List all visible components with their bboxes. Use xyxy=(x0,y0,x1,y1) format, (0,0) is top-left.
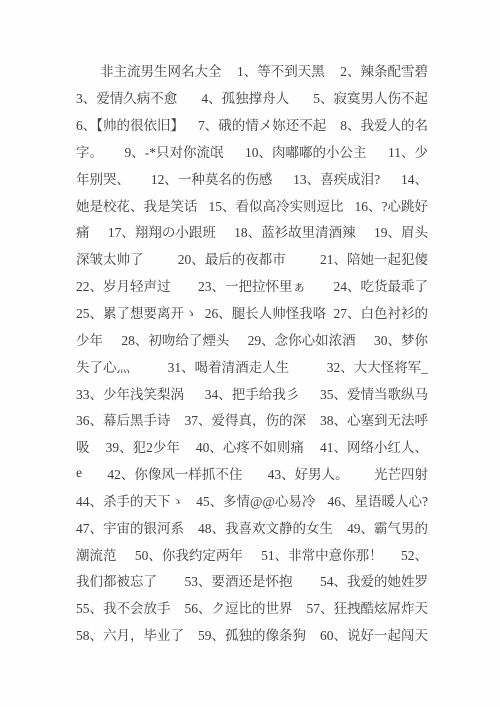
name-segment: 52、 xyxy=(401,544,428,564)
name-segment: 47、宇宙的银河系 xyxy=(76,517,184,537)
name-segment: 39、犯2少年 xyxy=(106,436,180,456)
name-segment: 6、【帅的很依旧】 xyxy=(76,114,184,134)
text-line: 深皱太帅了20、最后的夜都市21、陪她一起犯傻 xyxy=(76,245,428,272)
name-segment: 29、念你心如浓酒 xyxy=(248,329,356,349)
name-segment: 53、要酒还是怀抱 xyxy=(185,570,293,590)
text-line: 3、爱情久病不愈4、孤独撑舟人5、寂寞男人伤不起 xyxy=(76,84,428,111)
name-segment: e xyxy=(76,465,82,481)
name-segment: 24、吃货最乖了 xyxy=(334,275,429,295)
name-segment: 14、 xyxy=(401,168,428,188)
name-segment: 56、ク逗比的世界 xyxy=(185,597,293,617)
name-segment: 失了心灬 xyxy=(76,356,130,376)
name-segment: 54、我爱的她姓罗 xyxy=(320,570,428,590)
text-line: 我们都被忘了53、要酒还是怀抱54、我爱的她姓罗 xyxy=(76,567,428,594)
name-segment: 57、狂拽酷炫屌炸天 xyxy=(307,597,429,617)
text-line: 失了心灬31、喝着清酒走人生32、大大怪将军_ xyxy=(76,352,428,379)
name-segment: 1、等不到天黑 xyxy=(237,60,325,80)
name-segment: 5、寂寞男人伤不起 xyxy=(313,87,428,107)
name-segment: 年别哭、 xyxy=(76,168,130,188)
name-segment: 23、一把拉怀里ぁ xyxy=(198,275,306,295)
name-segment: 44、杀手的天下ゝ xyxy=(76,490,184,510)
name-segment: 7、硪的情メ妳还不起 xyxy=(198,114,326,134)
name-segment: 49、霸气男的 xyxy=(347,517,428,537)
text-line: 58、六月，毕业了59、孤独的像条狗60、说好一起闯天 xyxy=(76,621,428,648)
name-segment: 12、一种莫名的伤感 xyxy=(151,168,273,188)
name-segment: 17、翔翔の小跟班 xyxy=(108,221,216,241)
name-segment: 痛 xyxy=(76,221,90,241)
text-line: 22、岁月轻声过23、一把拉怀里ぁ24、吃货最乖了 xyxy=(76,272,428,299)
name-segment: 45、多情@@心易冷 xyxy=(196,490,315,510)
name-segment: 20、最后的夜都市 xyxy=(178,248,286,268)
text-line: 44、杀手的天下ゝ45、多情@@心易冷46、星语暖人心? xyxy=(76,487,428,514)
name-segment: 吸 xyxy=(76,436,90,456)
name-segment: 19、眉头 xyxy=(374,221,428,241)
name-segment: 我们都被忘了 xyxy=(76,570,157,590)
name-segment: 48、我喜欢文静的女生 xyxy=(198,517,333,537)
text-line: 55、我不会放手56、ク逗比的世界57、狂拽酷炫屌炸天 xyxy=(76,594,428,621)
name-segment: 34、把手给我彡 xyxy=(205,383,300,403)
name-segment: 潮流范 xyxy=(76,544,117,564)
name-segment: 15、看似高冷实则逗比 xyxy=(209,195,344,215)
name-segment: 36、幕后黑手诗 xyxy=(76,409,171,429)
page-title: 非主流男生网名大全 xyxy=(100,60,222,80)
name-segment: 31、喝着清酒走人生 xyxy=(168,356,290,376)
name-segment: 35、爱情当歌纵马 xyxy=(320,383,428,403)
name-segment: 51、非常中意你那！ xyxy=(261,544,383,564)
name-segment: 37、爱得真，伤的深 xyxy=(185,409,307,429)
name-segment: 11、少 xyxy=(388,141,428,161)
text-line: 6、【帅的很依旧】7、硪的情メ妳还不起8、我爱人的名 xyxy=(76,111,428,138)
text-line: 33、少年浅笑梨涡34、把手给我彡35、爱情当歌纵马 xyxy=(76,379,428,406)
name-segment: 38、心塞到无法呼 xyxy=(320,409,428,429)
name-segment: 60、说好一起闯天 xyxy=(320,624,428,644)
document-body: 非主流男生网名大全1、等不到天黑2、辣条配雪碧3、爱情久病不愈4、孤独撑舟人5、… xyxy=(76,57,428,648)
name-segment: 27、白色衬衫的 xyxy=(334,302,429,322)
name-segment: 2、辣条配雪碧 xyxy=(340,60,428,80)
name-segment: 25、累了想要离开ゝ xyxy=(76,302,198,322)
name-segment: 22、岁月轻声过 xyxy=(76,275,171,295)
name-segment: 10、肉嘟嘟的小公主 xyxy=(245,141,367,161)
name-segment: 8、我爱人的名 xyxy=(340,114,428,134)
name-segment: 21、陪她一起犯傻 xyxy=(320,248,428,268)
text-line: 字。9、-*只对你流氓10、肉嘟嘟的小公主11、少 xyxy=(76,138,428,165)
name-segment: 42、你像风一样抓不住 xyxy=(107,463,242,483)
name-segment: 50、你我约定两年 xyxy=(135,544,243,564)
name-segment: 28、初吻给了煙头 xyxy=(121,329,229,349)
name-segment: 她是校花、我是笑话 xyxy=(76,195,198,215)
name-segment: 30、梦你 xyxy=(374,329,428,349)
name-segment: 41、网络小红人、 xyxy=(320,436,428,456)
name-segment: 光芒四射 xyxy=(374,463,428,483)
name-segment: 55、我不会放手 xyxy=(76,597,171,617)
document-page: 非主流男生网名大全1、等不到天黑2、辣条配雪碧3、爱情久病不愈4、孤独撑舟人5、… xyxy=(0,0,500,707)
text-line: 吸39、犯2少年40、心疼不如则痛41、网络小红人、 xyxy=(76,433,428,460)
text-line: 少年28、初吻给了煙头29、念你心如浓酒30、梦你 xyxy=(76,325,428,352)
name-segment: 少年 xyxy=(76,329,103,349)
text-line: 她是校花、我是笑话15、看似高冷实则逗比16、?心跳好 xyxy=(76,191,428,218)
title-text-line: 非主流男生网名大全1、等不到天黑2、辣条配雪碧 xyxy=(76,57,428,84)
text-line: 痛17、翔翔の小跟班18、蓝衫故里清酒辣19、眉头 xyxy=(76,218,428,245)
name-segment: 26、腿长人帅怪我咯 xyxy=(205,302,327,322)
text-line: 潮流范50、你我约定两年51、非常中意你那！52、 xyxy=(76,540,428,567)
text-line: 47、宇宙的银河系48、我喜欢文静的女生49、霸气男的 xyxy=(76,513,428,540)
text-line: 年别哭、12、一种莫名的伤感13、喜疾成泪?14、 xyxy=(76,164,428,191)
text-line: 25、累了想要离开ゝ26、腿长人帅怪我咯27、白色衬衫的 xyxy=(76,299,428,326)
name-segment: 16、?心跳好 xyxy=(355,195,429,215)
name-segment: 46、星语暖人心? xyxy=(328,490,429,510)
name-segment: 32、大大怪将军_ xyxy=(327,356,428,376)
name-segment: 9、-*只对你流氓 xyxy=(125,141,224,161)
name-segment: 3、爱情久病不愈 xyxy=(76,87,177,107)
name-segment: 40、心疼不如则痛 xyxy=(196,436,304,456)
name-segment: 深皱太帅了 xyxy=(76,248,144,268)
text-line: e42、你像风一样抓不住43、好男人。光芒四射 xyxy=(76,460,428,487)
name-segment: 4、孤独撑舟人 xyxy=(201,87,289,107)
name-segment: 43、好男人。 xyxy=(268,463,349,483)
name-segment: 58、六月，毕业了 xyxy=(76,624,184,644)
text-line: 36、幕后黑手诗37、爱得真，伤的深38、心塞到无法呼 xyxy=(76,406,428,433)
name-segment: 59、孤独的像条狗 xyxy=(198,624,306,644)
name-segment: 18、蓝衫故里清酒辣 xyxy=(234,221,356,241)
name-segment: 33、少年浅笑梨涡 xyxy=(76,383,184,403)
name-segment: 13、喜疾成泪? xyxy=(293,168,380,188)
name-segment: 字。 xyxy=(76,141,103,161)
